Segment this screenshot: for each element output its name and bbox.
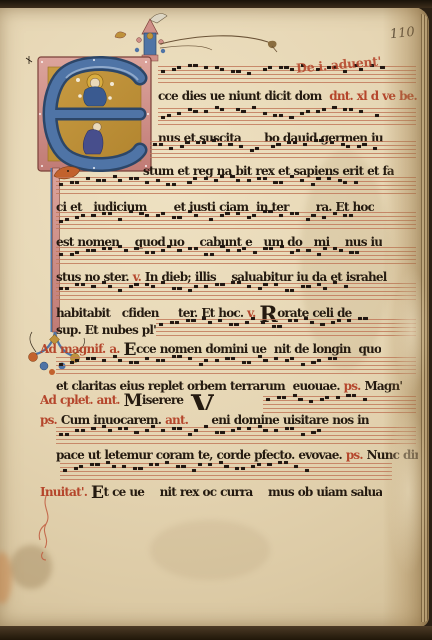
neume	[188, 108, 192, 111]
neume	[294, 319, 298, 322]
neume	[169, 147, 173, 150]
neume	[70, 253, 74, 256]
neume	[161, 249, 165, 252]
neume	[322, 108, 326, 111]
neume	[277, 325, 281, 328]
neume	[194, 429, 198, 432]
neume	[180, 145, 184, 148]
neume	[70, 181, 74, 184]
neume	[273, 181, 277, 184]
chant-staff	[263, 396, 416, 413]
chant-staff	[56, 247, 416, 264]
neume	[161, 281, 165, 284]
neume	[237, 281, 241, 284]
neume	[220, 245, 224, 248]
neume	[145, 357, 149, 360]
neume	[346, 145, 350, 148]
neume	[172, 68, 176, 71]
neume	[239, 145, 243, 148]
neume	[129, 285, 133, 288]
neume	[86, 177, 90, 180]
neume	[155, 463, 159, 466]
neume	[279, 66, 283, 69]
neume	[266, 398, 270, 401]
neume	[202, 317, 206, 320]
neume	[218, 143, 222, 146]
neume	[75, 359, 79, 362]
neume	[263, 283, 267, 286]
neume	[186, 319, 190, 322]
neume	[102, 179, 106, 182]
neume	[255, 147, 259, 150]
neume	[161, 70, 165, 73]
neume	[322, 216, 326, 219]
neume	[177, 427, 181, 430]
neume	[118, 179, 122, 182]
neume	[316, 177, 320, 180]
neume	[319, 139, 323, 142]
neume	[236, 179, 240, 182]
neume	[373, 147, 377, 150]
neume	[75, 251, 79, 254]
neume	[165, 461, 169, 464]
neume	[247, 216, 251, 219]
neume	[359, 110, 363, 113]
neume	[220, 214, 224, 217]
neume	[349, 108, 353, 111]
neume	[311, 183, 315, 186]
neume	[172, 216, 176, 219]
neume	[172, 183, 176, 186]
neume	[290, 357, 294, 360]
neume	[112, 465, 116, 468]
neume	[288, 319, 292, 322]
neume	[194, 214, 198, 217]
neume	[273, 114, 277, 117]
neume	[151, 251, 155, 254]
neume	[328, 357, 332, 360]
text-segment: t ce ue nit rex oc curra mus ob uiam sal…	[103, 485, 382, 499]
neume	[343, 108, 347, 111]
neume	[282, 396, 286, 399]
neume	[59, 183, 63, 186]
neume	[290, 427, 294, 430]
neume	[188, 357, 192, 360]
chant-staff	[56, 283, 416, 300]
neume	[172, 287, 176, 290]
neume	[344, 285, 348, 288]
neume	[108, 429, 112, 432]
neume	[75, 181, 79, 184]
neume	[167, 114, 171, 117]
neume	[70, 361, 74, 364]
initial-letter: E	[91, 484, 103, 502]
neume	[215, 106, 219, 109]
neume	[145, 429, 149, 432]
neume	[341, 143, 345, 146]
music-area: cce dies ue niunt dicit dom dnt. xl d ve…	[0, 0, 432, 640]
neume	[311, 431, 315, 434]
neume	[81, 283, 85, 286]
neume	[247, 361, 251, 364]
neume	[317, 283, 321, 286]
neume	[279, 114, 283, 117]
neume	[236, 212, 240, 215]
neume	[247, 427, 251, 430]
neume	[226, 249, 230, 252]
neume	[156, 179, 160, 182]
neume	[290, 251, 294, 254]
neume	[323, 247, 327, 250]
neume	[219, 461, 223, 464]
neume	[263, 112, 267, 115]
neume	[354, 181, 358, 184]
neume	[74, 467, 78, 470]
neume	[317, 253, 321, 256]
neume	[134, 431, 138, 434]
neume	[333, 281, 337, 284]
chant-text-line: cce dies ue niunt dicit dom dnt. xl d ve…	[158, 88, 417, 106]
neume	[327, 177, 331, 180]
neume	[357, 145, 361, 148]
neume	[236, 108, 240, 111]
text-segment: stum et reg na bit rex et sapiens erit e…	[143, 164, 394, 178]
neume	[59, 287, 63, 290]
neume	[263, 210, 267, 213]
neume	[337, 319, 341, 322]
neume	[225, 212, 229, 215]
neume	[224, 465, 228, 468]
neume	[231, 70, 235, 73]
neume	[175, 321, 179, 324]
neume	[349, 214, 353, 217]
neume	[188, 64, 192, 67]
neume	[204, 177, 208, 180]
neume	[159, 143, 163, 146]
neume	[330, 141, 334, 144]
neume	[153, 143, 157, 146]
neume	[181, 465, 185, 468]
neume	[231, 281, 235, 284]
neume	[161, 359, 165, 362]
neume	[278, 461, 282, 464]
neume	[296, 249, 300, 252]
neume	[306, 249, 310, 252]
chant-text-line: sup. Et nubes pl'	[56, 322, 156, 340]
neume	[167, 245, 171, 248]
neume	[290, 289, 294, 292]
neume	[269, 247, 273, 250]
neume	[151, 425, 155, 428]
neume	[247, 285, 251, 288]
neume	[317, 359, 321, 362]
text-segment: orate celi de	[277, 306, 351, 320]
neume	[75, 216, 79, 219]
neume	[343, 181, 347, 184]
neume	[118, 359, 122, 362]
neume	[258, 287, 262, 290]
neume	[332, 106, 336, 109]
neume	[231, 429, 235, 432]
neume	[317, 429, 321, 432]
rubric-segment: Ad magnif. a.	[40, 342, 124, 356]
neume	[237, 427, 241, 430]
neume	[199, 363, 203, 366]
text-segment: eni domine uisitare nos in	[188, 413, 369, 427]
neume	[188, 210, 192, 213]
neume	[208, 463, 212, 466]
neume	[338, 179, 342, 182]
neume	[75, 429, 79, 432]
neume	[63, 469, 67, 472]
neume	[193, 110, 197, 113]
neume	[279, 181, 283, 184]
folio-number: 110	[389, 25, 415, 43]
neume	[194, 247, 198, 250]
neume	[333, 212, 337, 215]
neume	[210, 253, 214, 256]
neume	[161, 429, 165, 432]
chant-staff	[56, 177, 416, 194]
manuscript-photo: cce dies ue niunt dicit dom dnt. xl d ve…	[0, 0, 432, 640]
chant-staff	[158, 108, 416, 125]
neume	[311, 214, 315, 217]
neume	[363, 317, 367, 320]
neume	[263, 177, 267, 180]
neume	[280, 245, 284, 248]
neume	[202, 141, 206, 144]
neume	[314, 139, 318, 142]
neume	[204, 425, 208, 428]
neume	[90, 463, 94, 466]
neume	[208, 321, 212, 324]
neume	[362, 143, 366, 146]
neume	[274, 283, 278, 286]
neume	[91, 249, 95, 252]
neume	[151, 285, 155, 288]
neume	[339, 249, 343, 252]
text-segment: Nunc dimitt'.	[367, 448, 418, 462]
neume	[355, 251, 359, 254]
neume	[86, 357, 90, 360]
rubric-segment: Inuitat'.	[40, 485, 91, 499]
neume	[177, 355, 181, 358]
neume	[306, 218, 310, 221]
neume	[102, 281, 106, 284]
neume	[113, 175, 117, 178]
neume	[251, 465, 255, 468]
neume	[220, 68, 224, 71]
neume	[187, 181, 191, 184]
neume	[261, 321, 265, 324]
neume	[59, 433, 63, 436]
neume	[325, 396, 329, 399]
text-segment: cce nomen domini ue nit de longin quo	[136, 342, 381, 356]
neume	[236, 70, 240, 73]
neume	[215, 66, 219, 69]
neume	[138, 467, 142, 470]
neume	[242, 247, 246, 250]
neume	[145, 181, 149, 184]
neume	[145, 214, 149, 217]
neume	[247, 179, 251, 182]
neume	[81, 214, 85, 217]
neume	[358, 317, 362, 320]
neume	[177, 216, 181, 219]
neume	[220, 283, 224, 286]
neume	[209, 218, 213, 221]
neume	[285, 359, 289, 362]
rubric-segment: ps.	[40, 413, 61, 427]
neume	[352, 394, 356, 397]
neume	[193, 177, 197, 180]
neume	[252, 214, 256, 217]
neume	[79, 465, 83, 468]
neume	[311, 361, 315, 364]
neume	[231, 357, 235, 360]
neume	[59, 253, 63, 256]
neume	[170, 321, 174, 324]
neume	[204, 359, 208, 362]
neume	[122, 465, 126, 468]
neume	[228, 143, 232, 146]
neume	[145, 283, 149, 286]
neume	[75, 283, 79, 286]
neume	[91, 285, 95, 288]
text-segment: habitabit cfiden ter. Et hoc.	[56, 306, 247, 320]
neume	[290, 68, 294, 71]
neume	[295, 212, 299, 215]
neume	[172, 427, 176, 430]
chant-staff	[56, 357, 416, 374]
neume	[263, 359, 267, 362]
chant-staff	[150, 141, 416, 158]
neume	[268, 66, 272, 69]
text-segment: pace ut letemur coram te, corde pfecto. …	[56, 448, 346, 462]
neume	[242, 361, 246, 364]
chant-text-line: Ad cplet. ant. Miserere V	[40, 392, 214, 410]
neume	[220, 431, 224, 434]
neume	[284, 461, 288, 464]
neume	[263, 429, 267, 432]
neume	[298, 398, 302, 401]
neume	[241, 467, 245, 470]
neume	[198, 463, 202, 466]
book-edge-bottom	[0, 626, 432, 640]
text-segment: Magn'	[364, 379, 402, 393]
neume	[108, 285, 112, 288]
neume	[276, 143, 280, 146]
neume	[172, 355, 176, 358]
neume	[86, 249, 90, 252]
neume	[191, 319, 195, 322]
neume	[118, 427, 122, 430]
text-segment: sup. Et nubes pl'	[56, 323, 156, 337]
neume	[331, 321, 335, 324]
neume	[234, 323, 238, 326]
neume	[343, 214, 347, 217]
rubric-segment: v.	[133, 270, 145, 284]
neume	[229, 323, 233, 326]
neume	[230, 175, 234, 178]
neume	[306, 285, 310, 288]
neume	[267, 463, 271, 466]
neume	[91, 357, 95, 360]
neume	[188, 247, 192, 250]
neume	[188, 433, 192, 436]
rubric-segment: ps.	[344, 379, 365, 393]
neume	[129, 177, 133, 180]
neume	[134, 283, 138, 286]
neume	[349, 251, 353, 254]
neume	[272, 325, 276, 328]
neume	[303, 143, 307, 146]
neume	[204, 253, 208, 256]
neume	[65, 287, 69, 290]
neume	[176, 465, 180, 468]
neume	[287, 141, 291, 144]
text-segment: In dieb; illis saluabitur iu da et israh…	[145, 270, 387, 284]
neume	[301, 433, 305, 436]
neume	[333, 357, 337, 360]
neume	[310, 321, 314, 324]
neume	[253, 251, 257, 254]
neume	[300, 112, 304, 115]
neume	[294, 465, 298, 468]
text-segment: Cum inuocarem.	[61, 413, 165, 427]
neume	[285, 289, 289, 292]
neume	[363, 398, 367, 401]
neume	[277, 396, 281, 399]
neume	[258, 425, 262, 428]
neume	[118, 218, 122, 221]
neume	[289, 116, 293, 119]
neume	[218, 319, 222, 322]
neume	[192, 469, 196, 472]
neume	[301, 363, 305, 366]
neume	[129, 361, 133, 364]
neume	[346, 394, 350, 397]
rubric-segment: Ad cplet. ant.	[40, 393, 124, 407]
neume	[336, 396, 340, 399]
neume	[220, 175, 224, 178]
neume	[59, 363, 63, 366]
text-segment: stus no ster.	[56, 270, 133, 284]
neume	[65, 218, 69, 221]
neume	[134, 177, 138, 180]
neume	[215, 283, 219, 286]
neume	[309, 400, 313, 403]
neume	[133, 467, 137, 470]
neume	[204, 66, 208, 69]
neume	[156, 214, 160, 217]
neume	[274, 357, 278, 360]
neume	[166, 183, 170, 186]
neume	[290, 212, 294, 215]
neume	[279, 214, 283, 217]
neume	[177, 112, 181, 115]
neume	[290, 175, 294, 178]
neume	[285, 427, 289, 430]
neume	[193, 64, 197, 67]
neume	[106, 461, 110, 464]
neume	[124, 427, 128, 430]
neume	[91, 214, 95, 217]
rubric-segment: dnt. xl d ve be.	[321, 89, 416, 103]
chant-staff	[56, 427, 416, 444]
neume	[59, 220, 63, 223]
neume	[247, 72, 251, 75]
